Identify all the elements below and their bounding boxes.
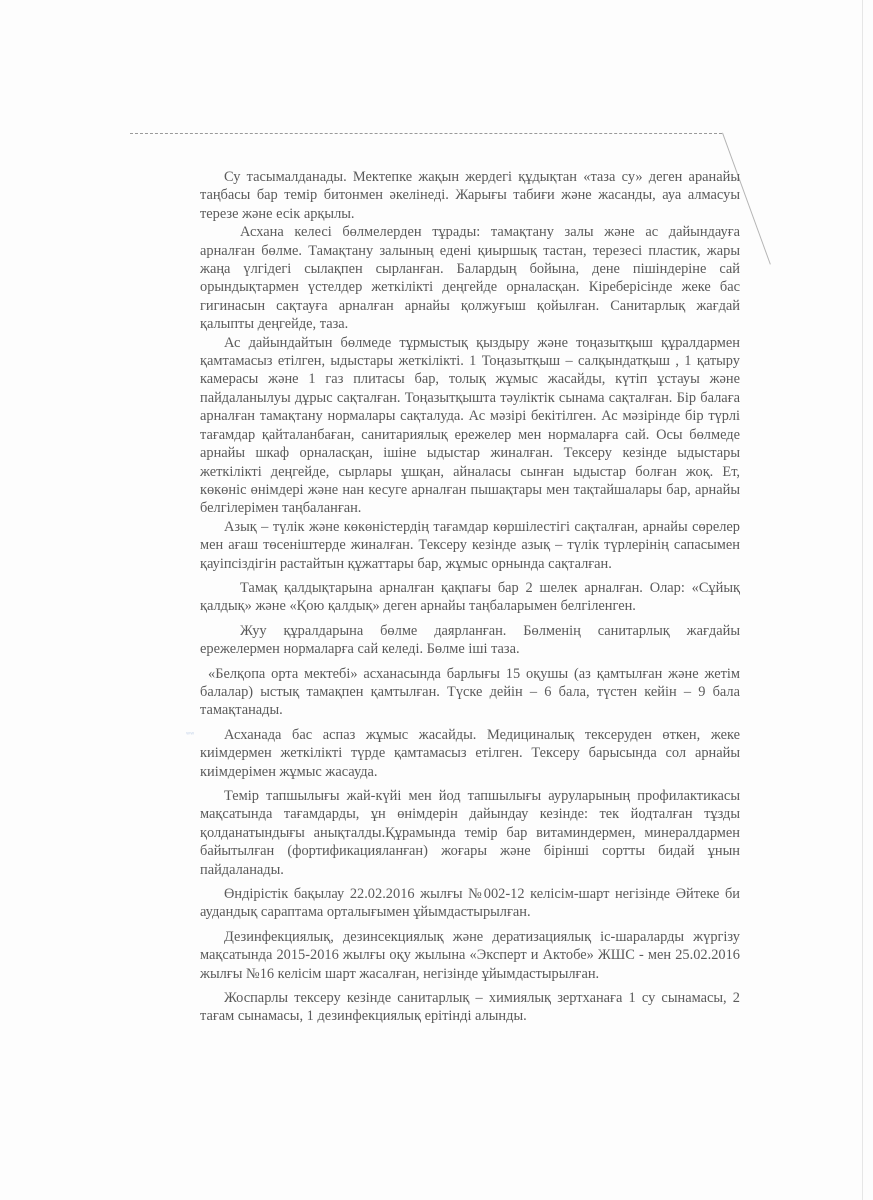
paragraph-food-storage: Азық – түлік және көкөністердің тағамдар… [200, 518, 740, 573]
paragraph-kitchen-equipment: Ас дайындайтын бөлмеде тұрмыстық қыздыру… [200, 334, 740, 518]
paragraph-iodine-iron-prevention: Темір тапшылығы жай-күйі мен йод тапшылы… [200, 787, 740, 879]
paragraph-students-meals: «Белқопа орта мектебі» асханасында барлы… [200, 665, 740, 720]
document-page: Су тасымалданады. Мектепке жақын жердегі… [200, 168, 740, 1026]
paragraph-lab-samples: Жоспарлы тексеру кезінде санитарлық – хи… [200, 989, 740, 1026]
paragraph-production-control: Өндірістік бақылау 22.02.2016 жылғы №002… [200, 885, 740, 922]
scan-ink-speck: ʷʷ [186, 730, 194, 739]
paragraph-waste-bins: Тамақ қалдықтарына арналған қақпағы бар … [200, 579, 740, 616]
paragraph-washing-room: Жуу құралдарына бөлме даярланған. Бөлмен… [200, 622, 740, 659]
paragraph-water-supply: Су тасымалданады. Мектепке жақын жердегі… [200, 168, 740, 223]
scan-right-edge [862, 0, 863, 1200]
paragraph-canteen-rooms: Асхана келесі бөлмелерден тұрады: тамақт… [200, 223, 740, 333]
scan-top-border-line [130, 133, 722, 134]
paragraph-cook-staff: Асханада бас аспаз жұмыс жасайды. Медици… [200, 726, 740, 781]
paragraph-disinfection-contract: Дезинфекциялық, дезинсекциялық және дера… [200, 928, 740, 983]
